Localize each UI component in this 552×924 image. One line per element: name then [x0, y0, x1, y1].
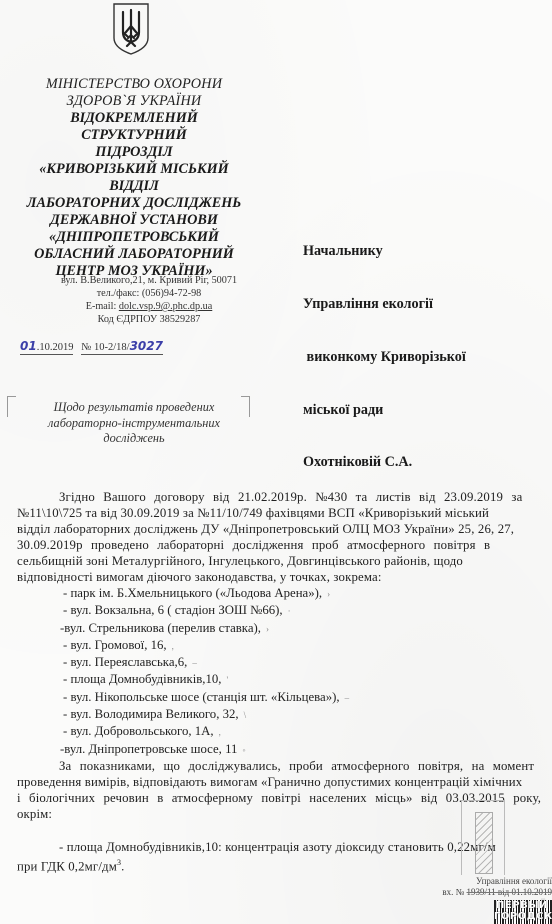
body-line: Згідно Вашого договору від 21.02.2019р. …: [17, 489, 552, 505]
number-label: № 10-2/18/: [81, 342, 129, 355]
stamp-number-line: вх. № 1939/11 від 01.10.2019: [442, 887, 552, 898]
letter-page: МІНІСТЕРСТВО ОХОРОНИ ЗДОРОВ`Я УКРАЇНИ ВІ…: [0, 0, 552, 924]
email-label: E-mail:: [86, 301, 119, 312]
addressee-line: виконкому Криворізької: [303, 349, 466, 367]
body-line: сельбищній зоні Металургійного, Інгулець…: [17, 553, 552, 569]
location-item: - вул. Добровольського, 1А,,: [17, 723, 552, 740]
location-text: - парк ім. Б.Хмельницького («Льодова Аре…: [63, 586, 322, 600]
unit-name-line: «КРИВОРІЗЬКИЙ МІСЬКИЙ: [14, 161, 254, 178]
subject-block: Щодо результатів проведених лабораторно-…: [14, 400, 254, 447]
addressee-line: Начальнику: [303, 243, 466, 261]
unit-name-line: «ДНІПРОПЕТРОВСЬКИЙ: [14, 229, 254, 246]
body-line: №11\10\725 та від 30.09.2019 за №11/10/7…: [17, 505, 552, 521]
body-line: 30.09.2019р проведено лабораторні дослід…: [17, 537, 552, 553]
addressee-line: Управління екології: [303, 296, 466, 314]
source-watermark: ПЕРВЫЙ ГОРОДСКОЙ: [494, 900, 550, 922]
watermark-logo-icon: [475, 812, 493, 874]
email-line: E-mail: dolc.vsp.9@.phc.dp.ua: [14, 300, 284, 313]
location-text: -вул. Стрельникова (перелив ставка),: [60, 621, 261, 635]
location-text: - вул. Нікопольське шосе (станція шт. «К…: [63, 690, 340, 704]
organization-header: МІНІСТЕРСТВО ОХОРОНИ ЗДОРОВ`Я УКРАЇНИ ВІ…: [14, 76, 254, 280]
location-item: - вул. Вокзальна, 6 ( стадіон ЗОШ №66),·: [17, 602, 552, 619]
date-rest: .10.2019: [37, 342, 74, 355]
stamp-department: Управління екології: [442, 876, 552, 887]
stamp-number: 1939/11 від 01.10.2019: [467, 887, 552, 897]
check-mark: ◦: [242, 745, 245, 755]
incoming-registration-stamp: Управління екології вх. № 1939/11 від 01…: [453, 800, 552, 924]
location-text: - вул. Громової, 16,: [63, 638, 167, 652]
postal-address: вул. В.Великого,21, м. Кривий Ріг, 50071: [14, 274, 284, 287]
body-line: відділ лабораторних досліджень ДУ «Дніпр…: [17, 521, 552, 537]
ministry-name-line: ЗДОРОВ`Я УКРАЇНИ: [14, 93, 254, 110]
exception-cont-text: при ГДК 0,2мг/дм: [17, 859, 117, 873]
outgoing-number: 01.10.2019 № 10-2/18/3027: [20, 339, 163, 353]
location-text: - вул. Добровольського, 1А,: [63, 724, 214, 738]
body-line: відповідності вимогам діючого законодавс…: [17, 569, 552, 585]
phone-fax: тел./факс: (056)94-72-98: [14, 287, 284, 300]
body-line: проведення вимірів, відповідають вимогам…: [17, 774, 552, 790]
location-item: - вул. Переяславська,6,–: [17, 654, 552, 671]
location-text: - площа Домнобудівників,10,: [63, 672, 222, 686]
location-text: - вул. Володимира Великого, 32,: [63, 707, 239, 721]
check-mark: ': [227, 675, 229, 685]
location-item: - вул. Володимира Великого, 32,\: [17, 706, 552, 723]
handwritten-day: 01: [20, 339, 37, 355]
location-text: - вул. Переяславська,6,: [63, 655, 187, 669]
location-item: - вул. Нікопольське шосе (станція шт. «К…: [17, 689, 552, 706]
subject-line: Щодо результатів проведених: [14, 400, 254, 416]
exception-end: .: [121, 859, 124, 873]
location-item: - вул. Громової, 16,,: [17, 637, 552, 654]
subject-line: лабораторно-інструментальних: [14, 416, 254, 432]
location-text: - вул. Вокзальна, 6 ( стадіон ЗОШ №66),: [63, 603, 283, 617]
check-mark: ,: [172, 641, 174, 651]
body-line: За показниками, що досліджувались, проби…: [17, 758, 552, 774]
location-item: - парк ім. Б.Хмельницького («Льодова Аре…: [17, 585, 552, 602]
unit-name-line: ВІДОКРЕМЛЕНИЙ: [14, 110, 254, 127]
location-item: - площа Домнобудівників,10,': [17, 671, 552, 688]
location-text: -вул. Дніпропетровське шосе, 11: [60, 742, 237, 756]
stamp-text: Управління екології вх. № 1939/11 від 01…: [442, 876, 552, 898]
check-mark: ·: [288, 606, 291, 616]
location-item: -вул. Дніпропетровське шосе, 11◦: [17, 741, 552, 758]
tryzub-coat-of-arms-icon: [111, 2, 151, 56]
unit-name-line: ВІДДІЛ: [14, 178, 254, 195]
check-mark: ›: [327, 589, 330, 599]
check-mark: ,: [219, 727, 221, 737]
stamp-number-prefix: вх. №: [442, 887, 466, 897]
unit-name-line: ОБЛАСНИЙ ЛАБОРАТОРНИЙ: [14, 246, 254, 263]
ministry-name-line: МІНІСТЕРСТВО ОХОРОНИ: [14, 76, 254, 93]
location-item: -вул. Стрельникова (перелив ставка),›: [17, 620, 552, 637]
unit-name-line: СТРУКТУРНИЙ: [14, 127, 254, 144]
check-mark: ›: [266, 624, 269, 634]
email-link[interactable]: dolc.vsp.9@.phc.dp.ua: [119, 301, 212, 312]
subject-line: досліджень: [14, 431, 254, 447]
handwritten-number: 3027: [130, 339, 163, 355]
unit-name-line: ПІДРОЗДІЛ: [14, 144, 254, 161]
unit-name-line: ДЕРЖАВНОЇ УСТАНОВИ: [14, 212, 254, 229]
edrpou-code: Код ЄДРПОУ 38529287: [14, 313, 284, 326]
check-mark: \: [244, 710, 247, 720]
unit-name-line: ЛАБОРАТОРНИХ ДОСЛІДЖЕНЬ: [14, 195, 254, 212]
check-mark: –: [192, 658, 197, 668]
addressee-block: Начальнику Управління екології виконкому…: [303, 208, 466, 507]
addressee-line: міської ради: [303, 402, 466, 420]
contact-block: вул. В.Великого,21, м. Кривий Ріг, 50071…: [14, 274, 284, 326]
check-mark: –: [345, 693, 350, 703]
addressee-line: Охотніковій С.А.: [303, 454, 466, 472]
